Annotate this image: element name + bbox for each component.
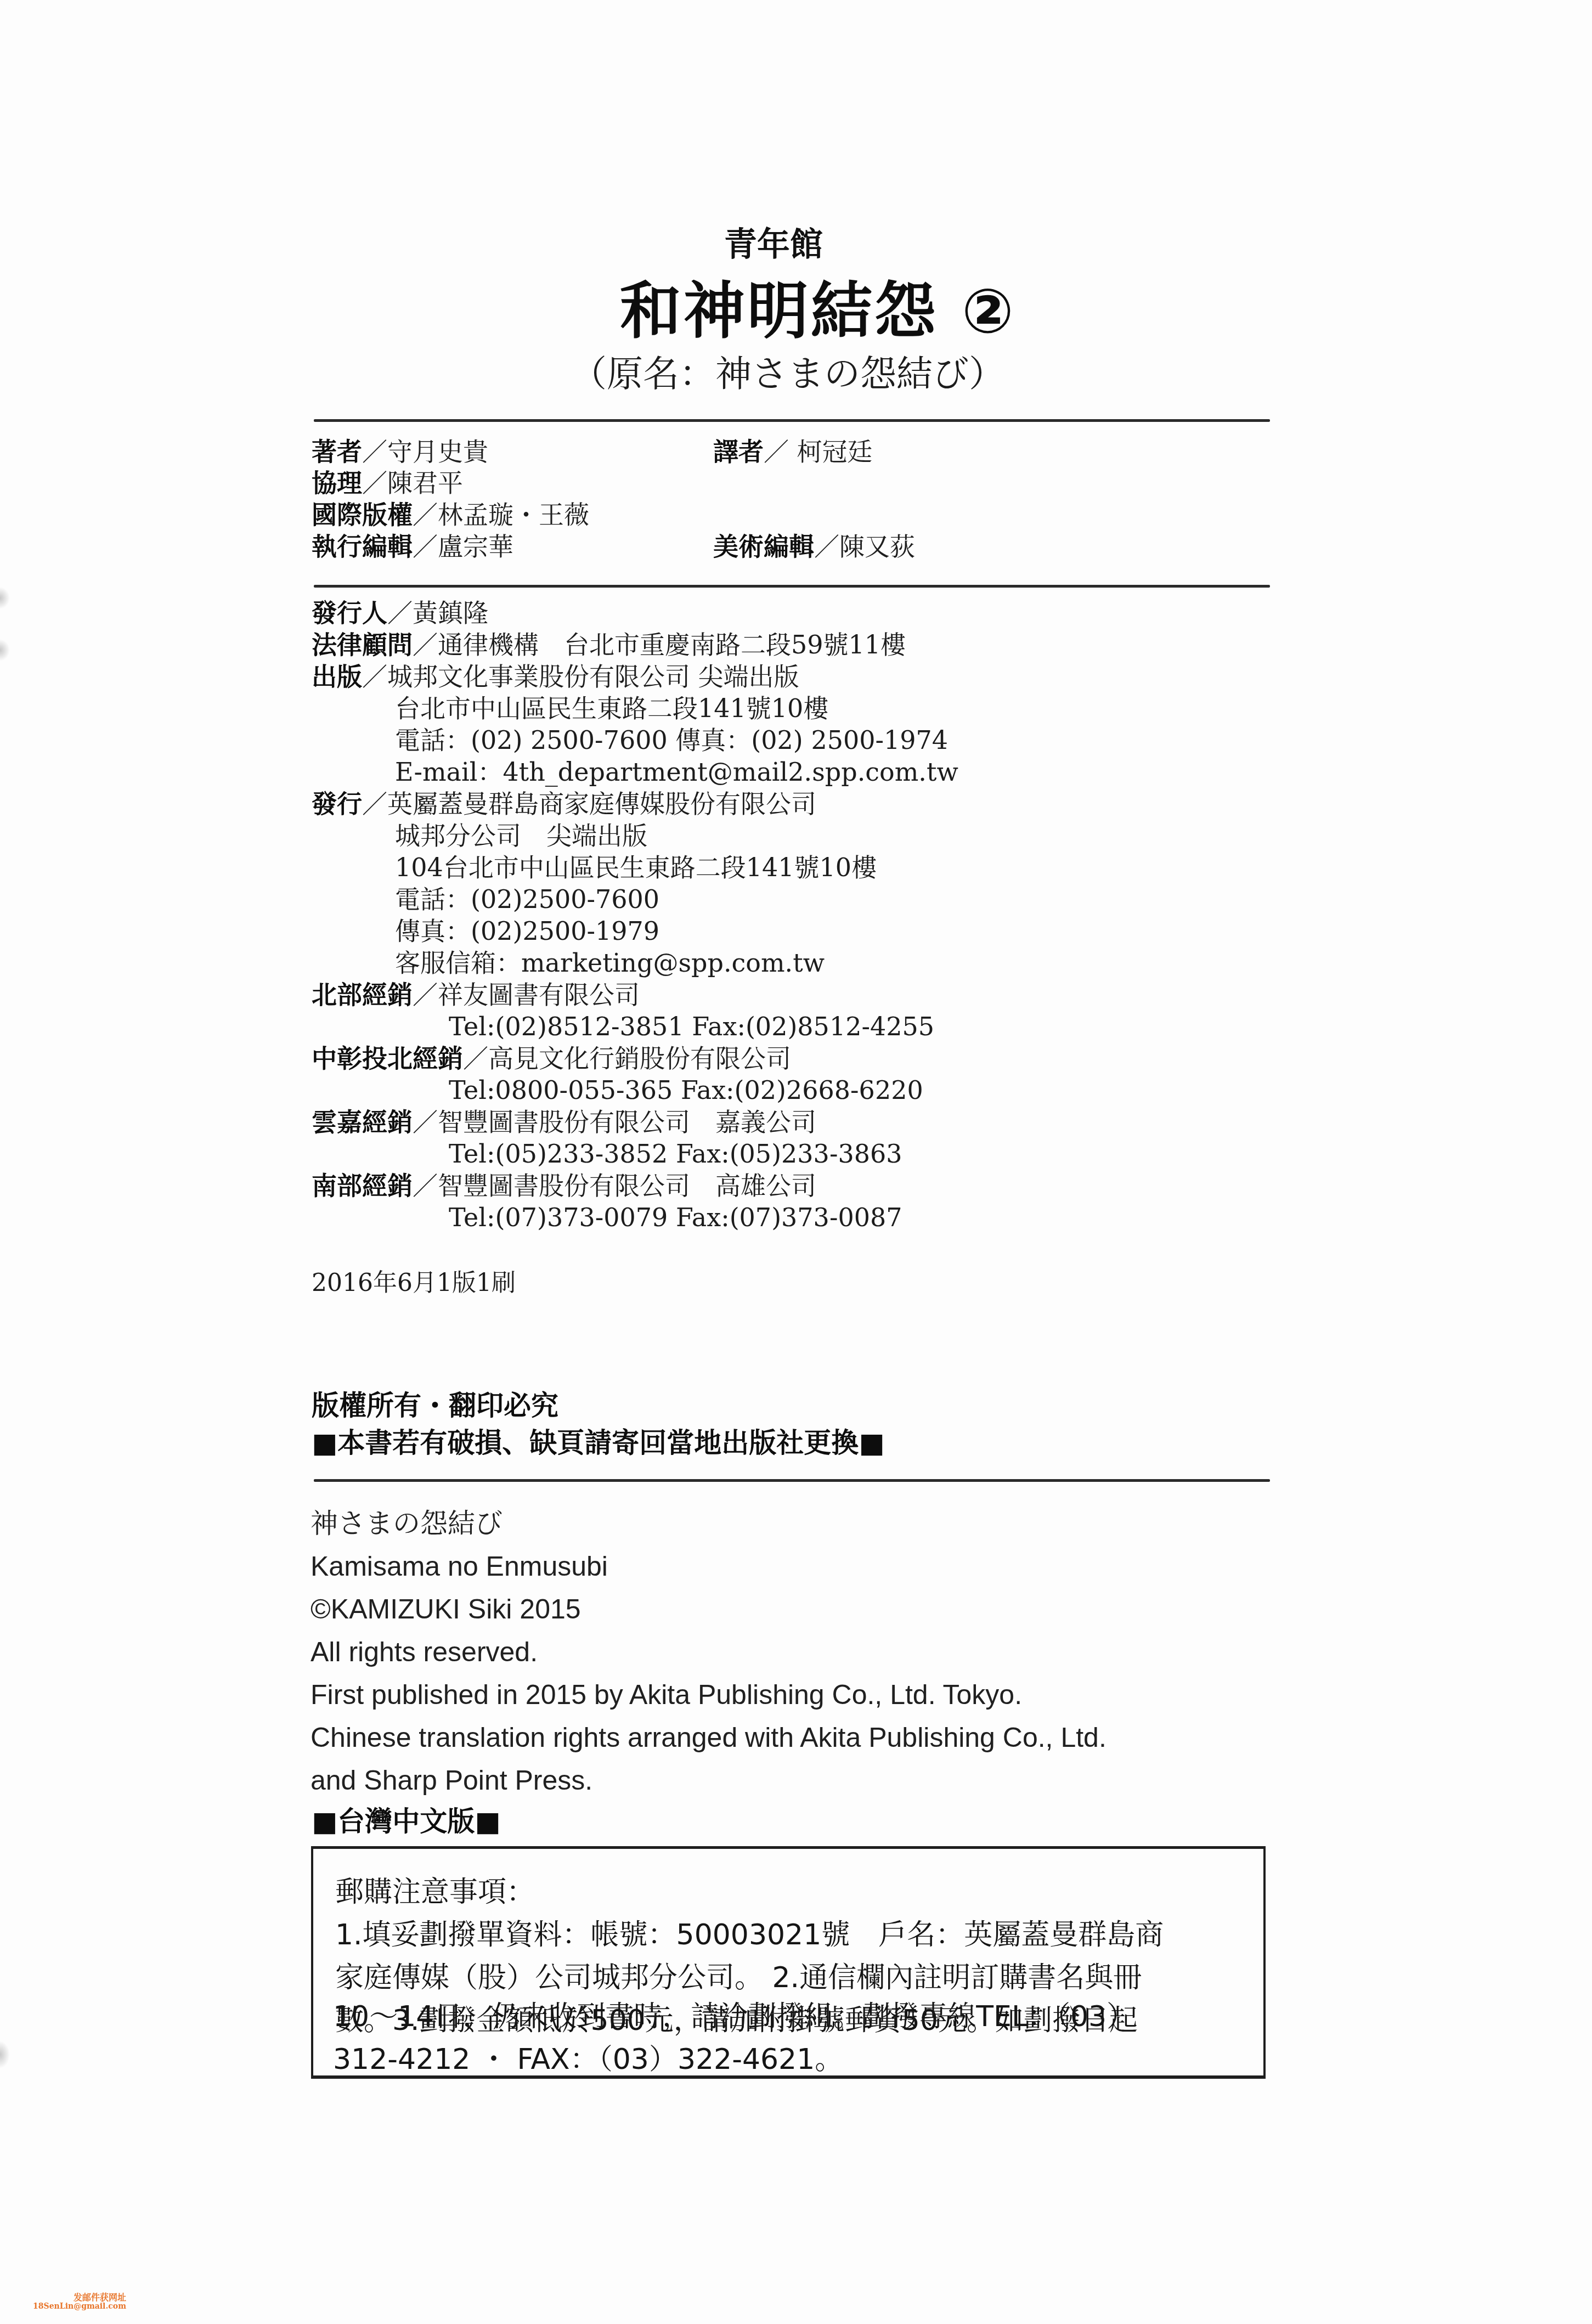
scan-artifact — [0, 639, 10, 661]
romaji-title: Kamisama no Enmusubi — [311, 1545, 608, 1588]
publish-email: E-mail：4th_department@mail2.spp.com.tw — [395, 756, 958, 788]
publish-address: 台北市中山區民生東路二段141號10樓 — [395, 692, 828, 724]
edition-tag: ■台灣中文版■ — [312, 1800, 500, 1839]
first-published-line: First published in 2015 by Akita Publish… — [311, 1673, 1022, 1716]
distributor-row: 雲嘉經銷／智豐圖書股份有限公司 嘉義公司 — [312, 1106, 816, 1138]
credit-value: 盧宗華 — [438, 532, 513, 561]
divider — [314, 419, 1270, 422]
credit-label: 協理 — [312, 468, 362, 498]
imprint-label: 青年館 — [724, 218, 823, 266]
credit-value: 陳又荻 — [839, 532, 915, 561]
credit-row: 國際版權／林孟璇・王薇 — [312, 499, 589, 531]
distributor-contact: Tel:(02)8512-3851 Fax:(02)8512-4255 — [449, 1011, 934, 1042]
issuer-line: 發行人／黃鎮隆 — [312, 597, 488, 629]
copyright-line: ©KAMIZUKI Siki 2015 — [311, 1588, 581, 1631]
distributor-contact: Tel:0800-055-365 Fax:(02)2668-6220 — [449, 1074, 923, 1106]
credit-value: 守月史貴 — [387, 437, 488, 466]
distributor-row: 南部經銷／智豐圖書股份有限公司 高雄公司 — [312, 1170, 816, 1202]
distribute-phone: 電話：(02)2500-7600 — [395, 883, 659, 915]
credit-row: 執行編輯／盧宗華 — [312, 531, 513, 562]
credit-label: 執行編輯 — [312, 532, 413, 561]
mail-order-line: 10～14日，仍未收到書時，請洽劃撥組。劃撥專線TEL：（03） — [333, 1995, 1135, 2038]
legal-line: 法律顧問／通律機構 台北市重慶南路二段59號11樓 — [312, 629, 906, 661]
divider — [314, 585, 1270, 588]
distributor-contact: Tel:(07)373-0079 Fax:(07)373-0087 — [449, 1202, 902, 1233]
mail-order-line: 1.填妥劃撥單資料：帳號：50003021號 戶名：英屬蓋曼群島商 — [335, 1914, 1164, 1956]
credit-row: 美術編輯／陳又荻 — [713, 531, 915, 562]
distribute-address: 104台北市中山區民生東路二段141號10樓 — [395, 851, 877, 883]
distribute-line: 發行／英屬蓋曼群島商家庭傳媒股份有限公司 — [312, 788, 816, 820]
publish-phone: 電話：(02) 2500-7600 傳真：(02) 2500-1974 — [395, 724, 948, 756]
distribute-email: 客服信箱：marketing@spp.com.tw — [395, 947, 825, 979]
mail-order-line: 312-4212 ・ FAX：（03）322-4621。 — [333, 2038, 843, 2081]
credit-label: 美術編輯 — [713, 532, 814, 561]
watermark-email: 18SenLin@gmail.com — [5, 2302, 126, 2311]
watermark: 发邮件获网址 18SenLin@gmail.com — [5, 2293, 126, 2311]
translation-rights-line: Chinese translation rights arranged with… — [311, 1716, 1107, 1759]
credit-row: 協理／陳君平 — [312, 467, 463, 499]
edition-line: 2016年6月1版1刷 — [312, 1267, 516, 1299]
credit-label: 譯者 — [713, 437, 764, 466]
damage-notice: ■本書若有破損、缺頁請寄回當地出版社更換■ — [312, 1421, 884, 1460]
credit-value: 林孟璇・王薇 — [438, 500, 589, 529]
credit-label: 著者 — [312, 437, 362, 466]
distributor-row: 北部經銷／祥友圖書有限公司 — [312, 979, 640, 1011]
credit-row: 著者／守月史貴 — [312, 436, 488, 467]
scan-artifact — [0, 587, 10, 609]
original-title: （原名：神さまの怨結び） — [571, 345, 1005, 397]
credit-value: 柯冠廷 — [789, 437, 873, 466]
scan-artifact — [0, 2041, 10, 2068]
credit-label: 國際版權 — [312, 500, 413, 529]
mail-order-heading: 郵購注意事項： — [335, 1871, 535, 1914]
mail-order-line: 家庭傳媒（股）公司城邦分公司。 2.通信欄內註明訂購書名與冊 — [335, 1956, 1142, 1999]
distributor-row: 中彰投北經銷／高見文化行銷股份有限公司 — [312, 1042, 791, 1074]
partner-line: and Sharp Point Press. — [311, 1759, 592, 1802]
divider — [314, 1479, 1270, 1482]
jp-title: 神さまの怨結び — [311, 1502, 503, 1545]
distribute-fax: 傳真：(02)2500-1979 — [395, 915, 659, 947]
book-title: 和神明結怨 ② — [620, 262, 1016, 351]
watermark-line: 发邮件获网址 — [5, 2293, 126, 2302]
credit-value: 陳君平 — [387, 468, 463, 498]
rights-notice: 版權所有・翻印必究 — [312, 1384, 558, 1423]
distribute-branch: 城邦分公司 尖端出版 — [395, 820, 647, 851]
publish-line: 出版／城邦文化事業股份有限公司 尖端出版 — [312, 661, 799, 692]
distributor-contact: Tel:(05)233-3852 Fax:(05)233-3863 — [449, 1138, 902, 1170]
credit-row: 譯者／ 柯冠廷 — [713, 436, 873, 467]
reserved-line: All rights reserved. — [311, 1631, 538, 1673]
